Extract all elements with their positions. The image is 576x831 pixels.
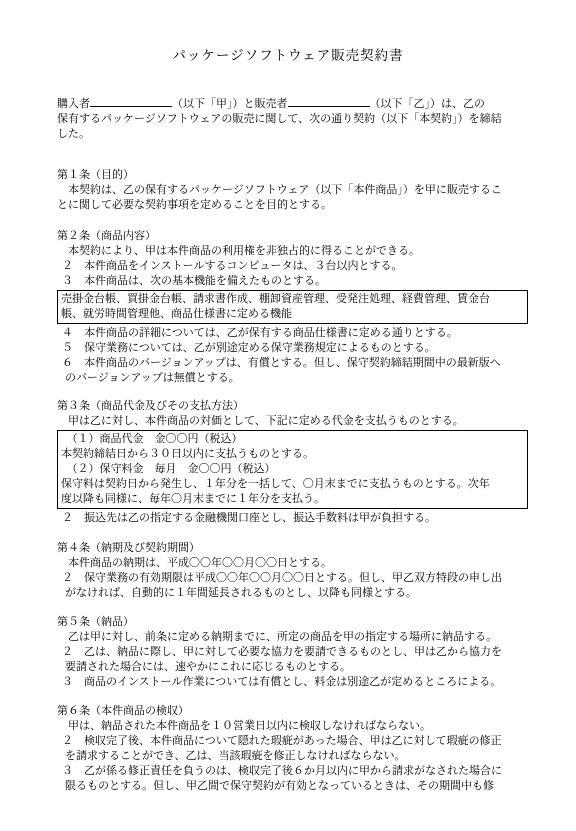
contract-line: ２ 本件商品をインストールするコンピュータは、３台以内とする。 <box>57 259 568 274</box>
contract-line: がなければ、自動的に１年間延長されるものとし、以降も同様とする。 <box>57 586 568 601</box>
box-line: 帳、就労時間管理他、商品仕様書に定める機能 <box>61 307 524 322</box>
box-line: 売掛金台帳、買掛金台帳、請求書作成、棚卸資産管理、受発注処理、経費管理、賃金台 <box>61 292 524 307</box>
intro-after-seller-text: （以下「乙」）は、乙の <box>370 98 486 110</box>
box-line: 保守料は契約日から発生し、１年分を一括して、〇月末までに支払うものとする。次年 <box>61 477 524 492</box>
article-heading: 第３条（商品代金及びその支払方法） <box>57 399 568 414</box>
contract-line: 本契約により、甲は本件商品の利用権を非独占的に得ることができる。 <box>57 244 568 259</box>
article-heading: 第４条（納期及び契約期間） <box>57 541 568 556</box>
contract-line: 乙は甲に対し、前条に定める納期までに、所定の商品を甲の指定する場所に納品する。 <box>57 630 568 645</box>
contract-line: ３ 商品のインストール作業については有償とし、料金は別途乙が定めるところによる。 <box>57 675 568 690</box>
contract-line: 本契約は、乙の保有するパッケージソフトウェア（以下「本件商品」）を甲に販売するこ <box>57 183 568 198</box>
buyer-name-blank-field <box>90 95 172 107</box>
contract-line: ２ 乙は、納品に際し、甲に対して必要な協力を要請できるものとし、甲は乙から協力を <box>57 645 568 660</box>
contract-line: とに関して必要な契約事項を定めることを目的とする。 <box>57 198 568 213</box>
basic-features-box: 売掛金台帳、買掛金台帳、請求書作成、棚卸資産管理、受発注処理、経費管理、賃金台 … <box>57 290 528 324</box>
contract-line: ４ 本件商品の詳細については、乙が保有する商品仕様書に定める通りとする。 <box>57 326 568 341</box>
contract-line: のバージョンアップは無償とする。 <box>57 371 568 386</box>
box-line: 度以降も同様に、毎年〇月末までに１年分を支払う。 <box>61 492 524 507</box>
article-2-product-content: 第２条（商品内容） 本契約により、甲は本件商品の利用権を非独占的に得ることができ… <box>57 229 568 386</box>
article-4-delivery-term: 第４条（納期及び契約期間） 本件商品の納期は、平成〇〇年〇〇月〇〇日とする。 ２… <box>57 541 568 601</box>
payment-terms-box: （１）商品代金 金〇〇円（税込） 本契約締結日から３０日以内に支払うものとする。… <box>57 430 528 509</box>
intro-after-buyer-text: （以下「甲」）と販売者 <box>172 98 288 110</box>
contract-line: ５ 保守業務については、乙が別途定める保守業務規定によるものとする。 <box>57 341 568 356</box>
contract-line: ２ 保守業務の有効期限は平成〇〇年〇〇月〇〇日とする。但し、甲乙双方特段の申し出 <box>57 571 568 586</box>
box-line: 本契約締結日から３０日以内に支払うものとする。 <box>61 447 524 462</box>
document-body: 購入者（以下「甲」）と販売者（以下「乙」）は、乙の 保有するパッケージソフトウェ… <box>0 95 576 794</box>
contract-line: を請求することができ、乙は、当該瑕疵を修正しなければならない。 <box>57 749 568 764</box>
contract-line: ６ 本件商品のバージョンアップは、有償とする。但し、保守契約締結期間中の最新版へ <box>57 356 568 371</box>
article-heading: 第５条（納品） <box>57 615 568 630</box>
article-3-payment: 第３条（商品代金及びその支払方法） 甲は乙に対し、本件商品の対価として、下記に定… <box>57 399 568 526</box>
box-line: （１）商品代金 金〇〇円（税込） <box>61 432 524 447</box>
buyer-label: 購入者 <box>57 98 90 110</box>
article-1-purpose: 第１条（目的） 本契約は、乙の保有するパッケージソフトウェア（以下「本件商品」）… <box>57 168 568 213</box>
contract-line: 甲は、納品された本件商品を１０営業日以内に検収しなければならない。 <box>57 719 568 734</box>
contract-line: 本件商品の納期は、平成〇〇年〇〇月〇〇日とする。 <box>57 556 568 571</box>
article-heading: 第２条（商品内容） <box>57 229 568 244</box>
article-heading: 第６条（本件商品の検収） <box>57 704 568 719</box>
intro-line-1: 購入者（以下「甲」）と販売者（以下「乙」）は、乙の <box>57 95 568 112</box>
article-5-delivery: 第５条（納品） 乙は甲に対し、前条に定める納期までに、所定の商品を甲の指定する場… <box>57 615 568 690</box>
contract-line: ２ 振込先は乙の指定する金融機関口座とし、振込手数料は甲が負担する。 <box>57 511 568 526</box>
contract-line: 限るものとする。但し、甲乙間で保守契約が有効となっているときは、その期間中も修 <box>57 779 568 794</box>
contract-document-page: パッケージソフトウェア販売契約書 購入者（以下「甲」）と販売者（以下「乙」）は、… <box>0 0 576 831</box>
contract-line: 要請された場合には、速やかにこれに応じるものとする。 <box>57 660 568 675</box>
box-line: （２）保守料金 毎月 金〇〇円（税込） <box>61 462 524 477</box>
contract-line: ３ 本件商品は、次の基本機能を備えたものとする。 <box>57 274 568 289</box>
intro-line-3: した。 <box>57 127 568 142</box>
seller-name-blank-field <box>288 95 370 107</box>
intro-paragraph: 購入者（以下「甲」）と販売者（以下「乙」）は、乙の 保有するパッケージソフトウェ… <box>57 95 568 142</box>
contract-line: ３ 乙が係る修正責任を負うのは、検収完了後６か月以内に甲から請求がなされた場合に <box>57 764 568 779</box>
contract-line: 甲は乙に対し、本件商品の対価として、下記に定める代金を支払うものとする。 <box>57 414 568 429</box>
intro-line-2: 保有するパッケージソフトウェアの販売に関して、次の通り契約（以下「本契約」）を締… <box>57 112 568 127</box>
article-heading: 第１条（目的） <box>57 168 568 183</box>
document-title: パッケージソフトウェア販売契約書 <box>0 48 576 63</box>
contract-line: ２ 検収完了後、本件商品について隠れた瑕疵があった場合、甲は乙に対して瑕疵の修正 <box>57 734 568 749</box>
article-6-inspection: 第６条（本件商品の検収） 甲は、納品された本件商品を１０営業日以内に検収しなけれ… <box>57 704 568 794</box>
